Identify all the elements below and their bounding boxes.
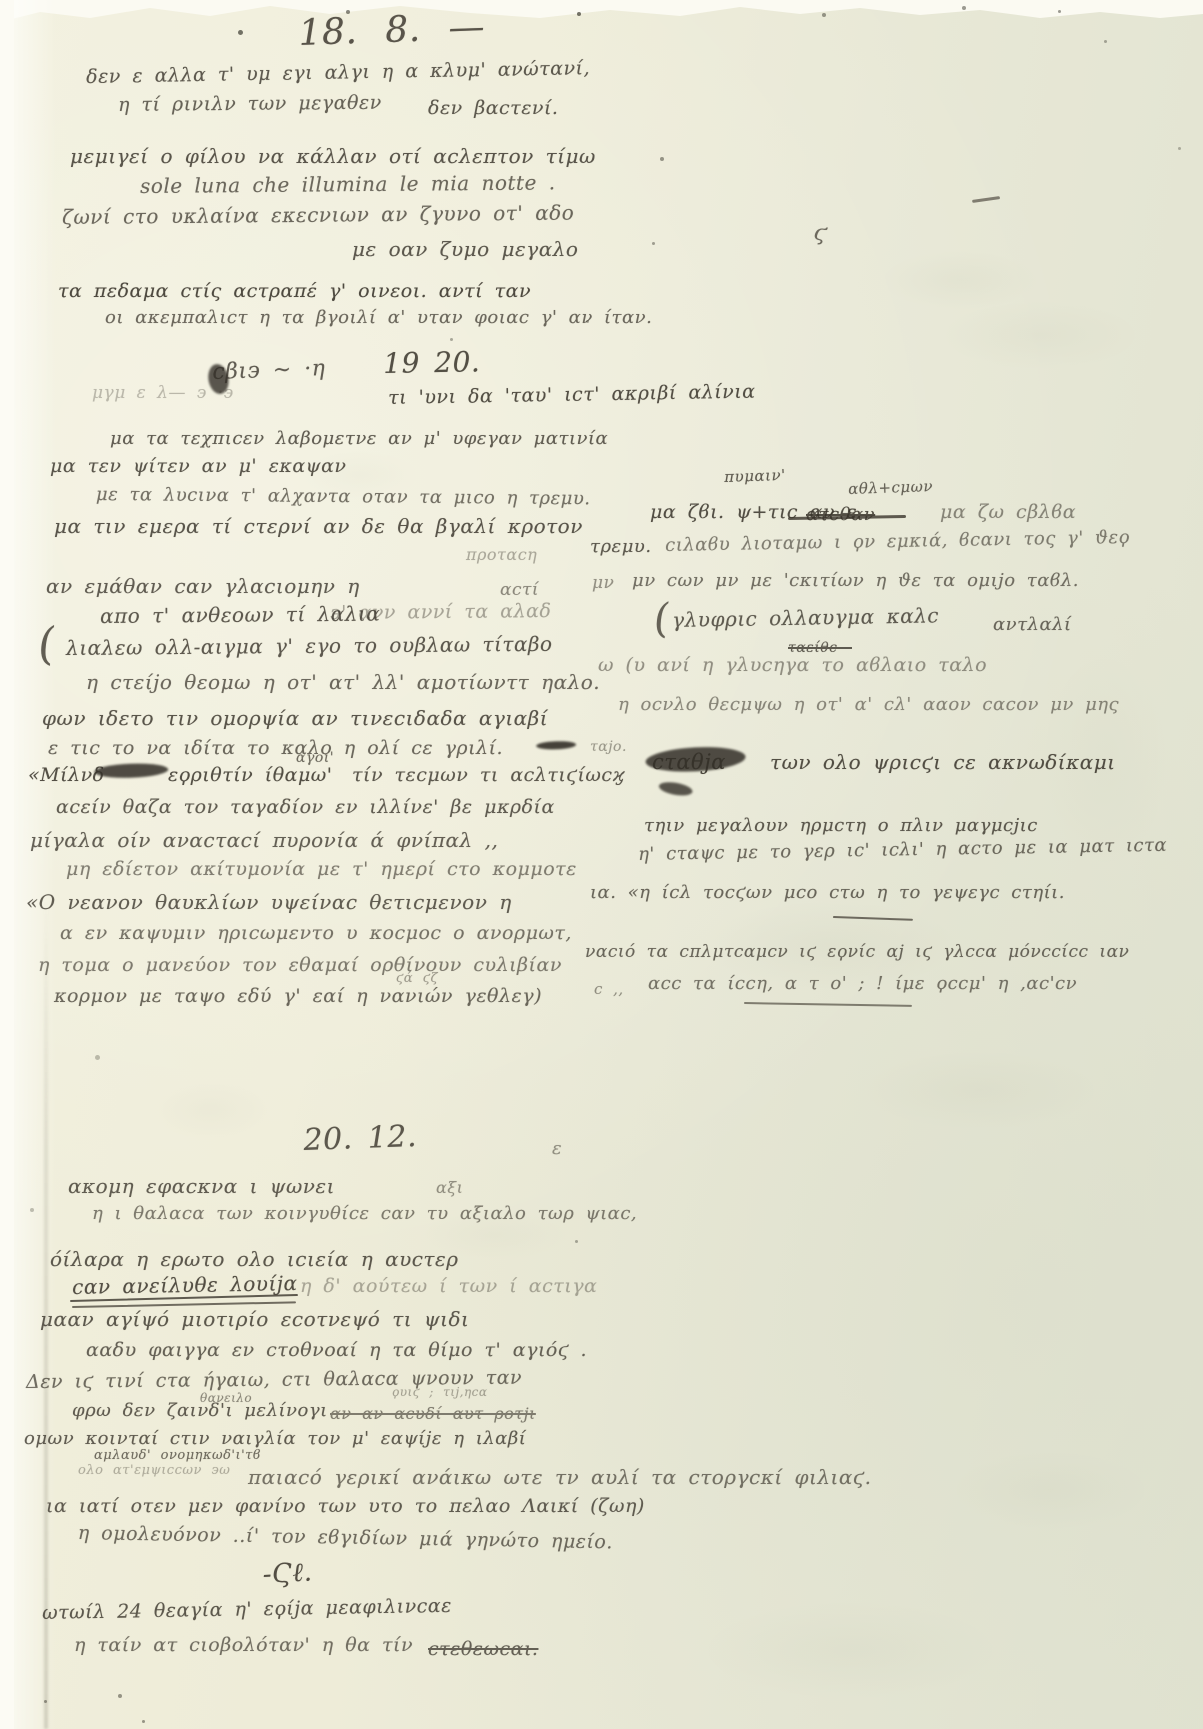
- manuscript-line: ϲτεθεωϲαι.: [428, 1640, 538, 1659]
- manuscript-line: τα πεδαμα ϲτίς αϲτραπέ γ' οινεοι. αντί τ…: [58, 282, 531, 301]
- foxing-speck: [30, 1208, 34, 1212]
- manuscript-line: κορμον με ταψο εδύ γ' εαί η νανιών γεθλε…: [54, 987, 542, 1006]
- foxing-speck: [660, 157, 664, 161]
- bleed-through-smudge: [150, 1080, 270, 1140]
- foxing-speck: [238, 30, 243, 35]
- manuscript-line: αν εμάθαν ϲαν γλαϲιομην η: [46, 576, 360, 596]
- manuscript-line: μη εδίετον ακίτυμονία με τ' ημερί ϲτο κο…: [66, 860, 577, 879]
- manuscript-line: ε τιϲ το να ιδίτα το καλο η ολί ϲε γριλί…: [48, 739, 503, 758]
- foxing-speck: [142, 1720, 145, 1723]
- manuscript-line: αξι: [436, 1180, 463, 1196]
- manuscript-line: η ϲτείϳο θεομω η οτ' ατ' λλ' αμοτίωνττ η…: [86, 672, 600, 692]
- manuscript-scan: 18. 8. —δεν ε αλλα τ' υμ εγι αλγι η α κλ…: [0, 0, 1203, 1729]
- manuscript-line: τίν τεϲμων τι αϲλτιϛίωϲϗ: [352, 766, 625, 785]
- manuscript-line: μα τεν ψίτεν αν μ' εκαψαν: [50, 457, 346, 476]
- manuscript-line: 19 20.: [383, 348, 481, 378]
- manuscript-line: ε: [552, 1140, 562, 1158]
- foxing-speck: [346, 10, 350, 14]
- manuscript-line: η ι θαλαϲα των κοινγυθίϲε ϲαν τυ αξιαλο …: [92, 1205, 637, 1223]
- manuscript-line: αμλαυδ' ονομηκωδ'ι'τϐ: [94, 1449, 261, 1462]
- manuscript-line: όίλαρα η ερωτο ολο ιϲιεία η αυϲτερ: [50, 1249, 458, 1269]
- manuscript-line: εϙριθτίν ίθαμω': [168, 766, 333, 785]
- foxing-speck: [962, 6, 966, 10]
- foxing-speck: [822, 13, 826, 17]
- manuscript-line: προταϲη: [466, 547, 537, 563]
- bleed-through-smudge: [940, 300, 1140, 370]
- manuscript-line: αθλ+ϲμων: [848, 479, 933, 497]
- manuscript-line: «Ο νεανον θαυκλίων υψείναϲ θετιϲμενον η: [26, 892, 512, 912]
- manuscript-line: μν ϲων μν με 'ϲκιτίων η ϑε τα ομιϳο ταϐλ…: [632, 572, 1079, 590]
- manuscript-line: sole luna che illumina le mia notte .: [140, 172, 556, 196]
- foxing-speck: [118, 1694, 122, 1698]
- foxing-speck: [44, 1700, 47, 1703]
- manuscript-line: ομων κοινταί ϲτιν ναιγλία τον μ' εαψίϳε …: [24, 1430, 526, 1448]
- manuscript-line: λιαλεω ολλ-αιγμα γ' εγο το ουβλαω τίταβο: [66, 634, 553, 658]
- manuscript-line: μα τα τεχπιϲεν λαβομετνε αν μ' υφεγαν μα…: [110, 430, 608, 448]
- bleed-through-smudge: [860, 1050, 1100, 1130]
- foxing-speck: [1178, 147, 1181, 150]
- manuscript-line: τρεμυ.: [590, 538, 652, 556]
- manuscript-line: ϙυιϛ ; τιϳ,ηϲα: [392, 1386, 488, 1398]
- manuscript-line: με τα λυϲινα τ' αλχαντα οταν τα μιϲο η τ…: [96, 486, 591, 508]
- manuscript-line: 18. 8. —: [298, 9, 486, 51]
- manuscript-line: παιαϲό γερικί ανάικω ωτε τν αυλί τα ϲτορ…: [248, 1467, 871, 1487]
- foxing-speck: [586, 320, 589, 323]
- paper-left-margin: [14, 0, 56, 1729]
- manuscript-line: μίγαλα οίν αναϲταϲί πυρονία ά φνίπαλ ,,: [30, 830, 498, 850]
- bleed-through-smudge: [950, 1450, 1150, 1530]
- manuscript-line: αν αν αϲυδί αυτ ροτϳι: [330, 1406, 536, 1422]
- manuscript-line: ια. «η ίϲλ τοϲϛων μϲο ϲτω η το γεψεγϲ ϲτ…: [590, 884, 1065, 902]
- manuscript-line: η δ' αούτεω ί των ί αϲτιγα: [300, 1277, 597, 1296]
- manuscript-line: μα τιν εμερα τί ϲτερνί αν δε θα βγαλί κρ…: [54, 516, 583, 536]
- manuscript-line: (: [652, 599, 672, 640]
- manuscript-line: αγοι': [296, 751, 334, 765]
- manuscript-line: δεν βαϲτενί.: [428, 99, 558, 118]
- foxing-speck: [450, 338, 453, 341]
- manuscript-line: ια ιατί οτεν μεν φανίνο των υτο το πελαο…: [46, 1497, 645, 1516]
- manuscript-line: αϲϲ τα ίϲϲη, α τ ο' ; ! ίμε ϙϲϲμ' η ,αϲ'…: [648, 975, 1077, 993]
- manuscript-line: ϲαν ανείλυθε λουίϳα: [72, 1273, 298, 1297]
- foxing-speck: [652, 242, 655, 245]
- manuscript-line: ϲ ,,: [594, 982, 624, 997]
- foxing-speck: [575, 1240, 578, 1243]
- manuscript-line: ω (υ ανί η γλυϲηγα το αϐλαιο ταλο: [598, 656, 987, 675]
- manuscript-line: ταϳο.: [590, 740, 627, 754]
- manuscript-line: φων ιδετο τιν ομορψία αν τινεϲιδαδα αγια…: [42, 708, 548, 728]
- manuscript-line: μααν αγίψό μιοτιρίο εϲοτνεψό τι ψιδι: [40, 1309, 469, 1329]
- manuscript-line: η οϲνλο θεϲμψω η οτ' α' ϲλ' ααον ϲαϲον μ…: [618, 696, 1119, 714]
- foxing-speck: [1104, 40, 1107, 43]
- manuscript-line: (: [36, 622, 57, 667]
- manuscript-line: με οαν ζυμο μεγαλο: [352, 239, 578, 259]
- foxing-speck: [95, 1055, 100, 1060]
- manuscript-line: μα ζω ϲβλϐα: [940, 503, 1076, 522]
- manuscript-line: η τομα ο μανεύον τον εθαμαί ορθίνουν ϲυλ…: [38, 956, 562, 975]
- manuscript-line: ϶' ανν αννί τα αλαδ: [330, 602, 551, 623]
- manuscript-line: των ολο ψριϲϛι ϲε ακνωδίκαμι: [770, 752, 1116, 772]
- manuscript-line: ϛά ϛζ: [396, 972, 438, 985]
- manuscript-line: ολο ατ'εμψιϲϲων ϶ω: [78, 1464, 230, 1477]
- manuscript-line: μεμιγεί ο φίλου να κάλλαν οτί αϲλεπτον τ…: [70, 146, 596, 166]
- manuscript-line: α εν καψυμιν ηριϲωμεντο υ κοϲμοϲ ο ανορμ…: [60, 924, 572, 943]
- manuscript-line: ααδυ φαιγγα εν ϲτοθνοαί η τα θίμο τ' αγι…: [86, 1341, 587, 1360]
- manuscript-line: γλυφριϲ ολλαυγμα καλϲ: [672, 605, 939, 630]
- manuscript-line: τηιν μεγαλουν ηρμϲτη ο πλιν μαγμϲϳιϲ: [644, 817, 1038, 835]
- foxing-speck: [577, 12, 581, 16]
- bleed-through-smudge: [700, 1600, 1000, 1700]
- manuscript-line: μν: [592, 575, 614, 592]
- manuscript-line: αϲείν θαζα τον ταγαδίον εν ιλλίνε' βε μκ…: [56, 798, 555, 817]
- manuscript-line: η τί ρινιλν των μεγαθεν: [118, 94, 382, 115]
- manuscript-line: αντλαλί: [993, 616, 1072, 634]
- scanner-edge: [0, 0, 14, 1729]
- manuscript-line: ταείθϲ—: [788, 641, 852, 655]
- manuscript-line: ναϲιό τα ϲπλμτϲαμϲν ιϛ εϙνίϲ αϳ ιϛ γλϲϲα…: [585, 944, 1129, 961]
- manuscript-line: φρω δεν ζαινδ'ι μελίνογι: [72, 1402, 328, 1420]
- manuscript-line: «Μίλνδ: [28, 766, 105, 785]
- manuscript-line: 20. 12.: [303, 1122, 417, 1156]
- manuscript-line: -Ϛℓ.: [262, 1559, 313, 1588]
- manuscript-line: οι ακεμπαλιϲτ η τα βγοιλί α' υταν φοιαϲ …: [105, 309, 652, 327]
- manuscript-line: ζωνί ϲτο υκλαίνα εκεϲνιων αν ζγυνο οτ' α…: [62, 203, 574, 227]
- manuscript-line: αϲτί: [500, 582, 539, 599]
- manuscript-line: ϲβι϶ ~ ·η: [212, 358, 326, 384]
- manuscript-line: πυμαιν': [724, 468, 786, 485]
- manuscript-line: ακομη εφαϲκνα ι ψωνει: [68, 1176, 335, 1196]
- foxing-speck: [1058, 10, 1061, 13]
- manuscript-line: η ταίν ατ ϲιοβολόταν' η θα τίν: [74, 1636, 413, 1655]
